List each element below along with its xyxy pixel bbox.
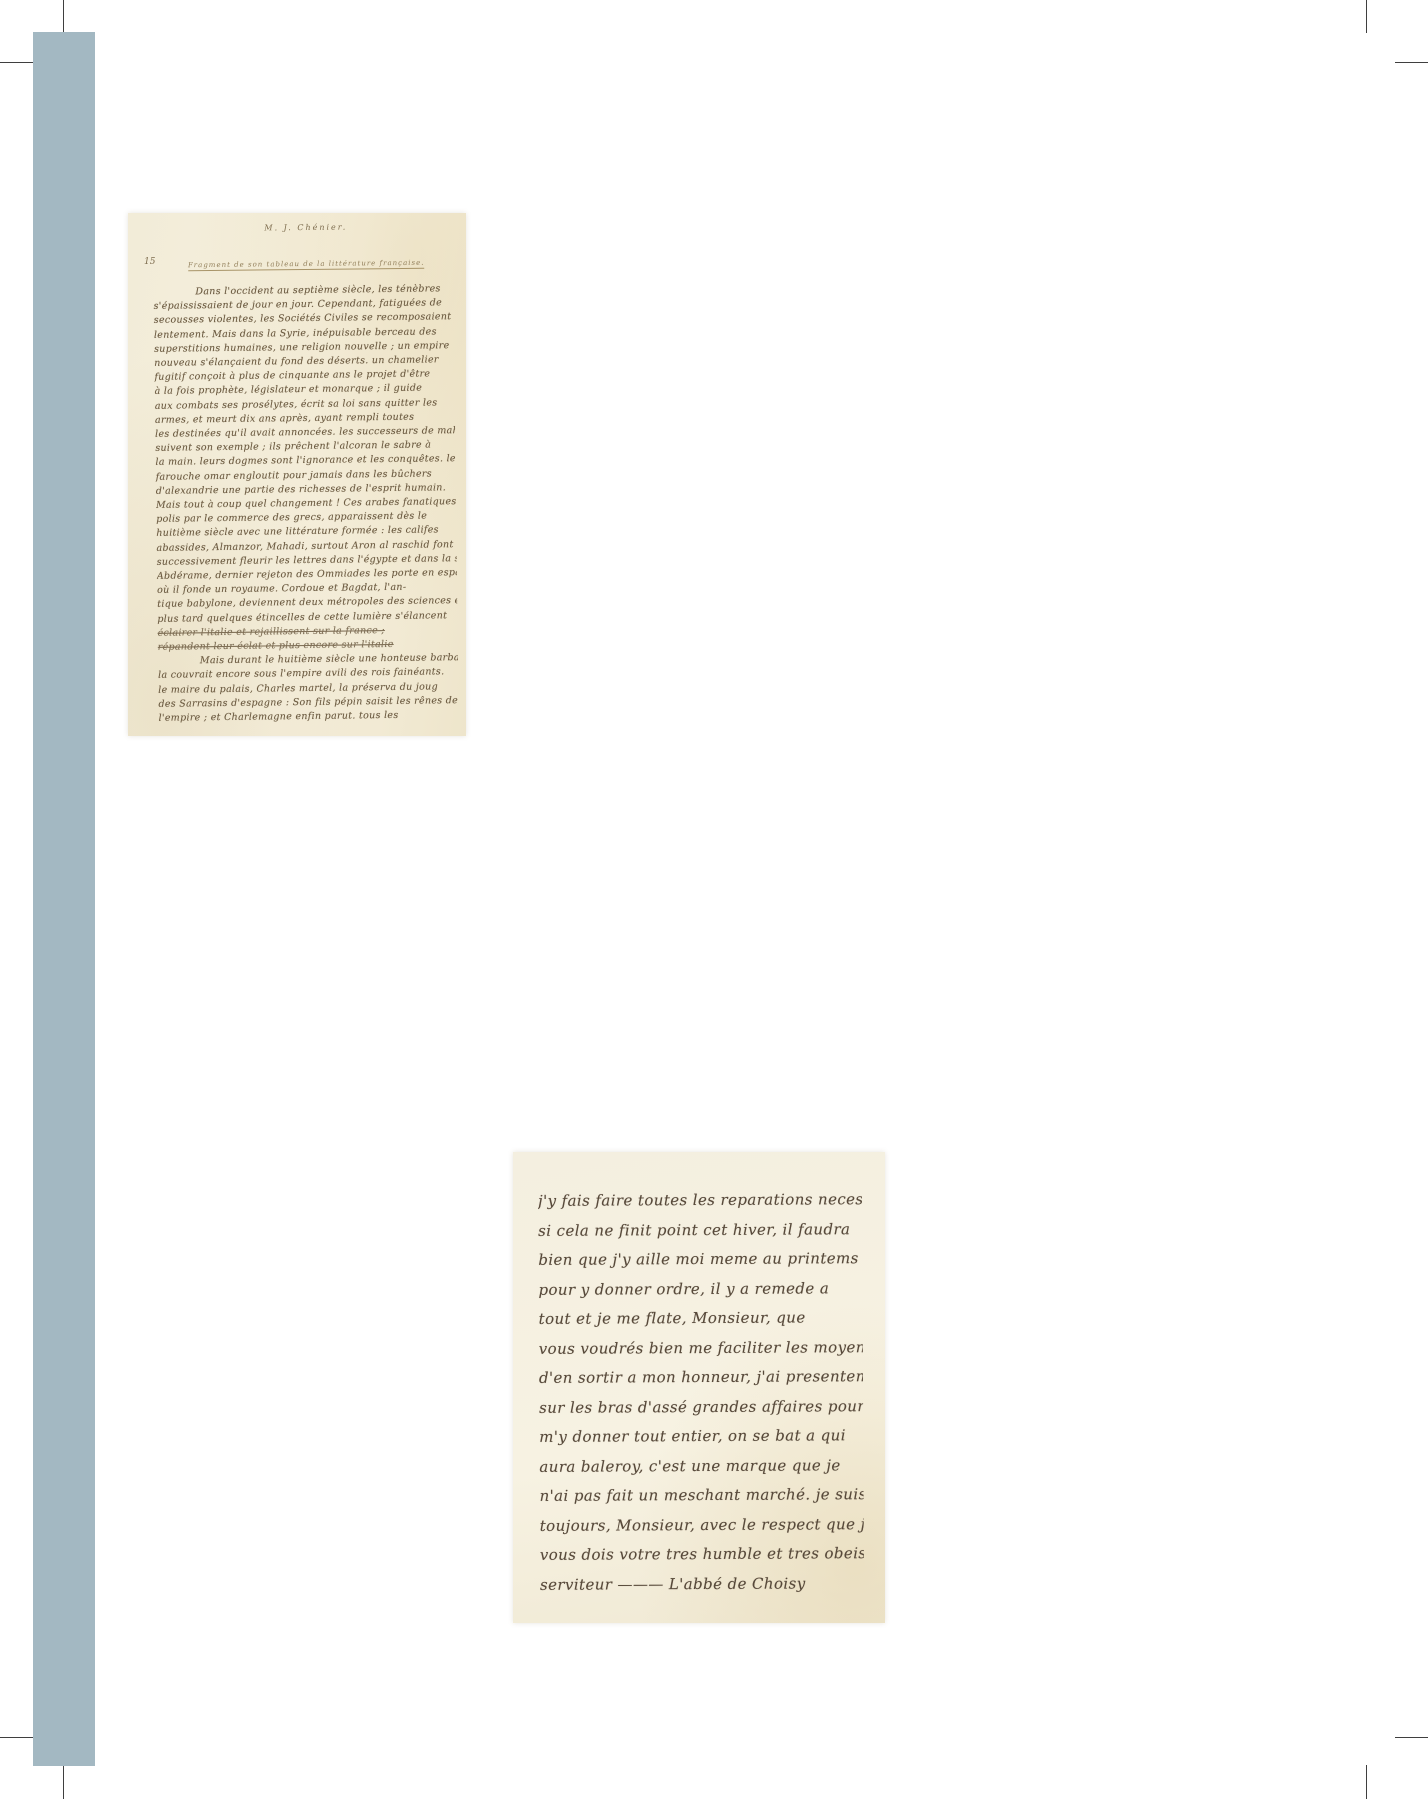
handwritten-line: n'ai pas fait un meschant marché. je sui… [539,1480,863,1511]
manuscript-figure-choisy-letter: j'y fais faire toutes les reparations ne… [513,1152,885,1623]
manuscript-header-subtitle: Fragment de son tableau de la littératur… [188,259,425,271]
handwritten-line: si cela ne finit point cet hiver, il fau… [538,1215,862,1246]
trim-mark-top-left-vertical [63,0,64,32]
trim-mark-top-right-vertical [1366,0,1367,33]
handwritten-line: d'en sortir a mon honneur, j'ai presente… [539,1362,863,1393]
trim-mark-bottom-right-vertical [1366,1765,1367,1799]
handwritten-line: j'y fais faire toutes les reparations ne… [538,1185,862,1216]
handwritten-line: vous voudrés bien me faciliter les moyen… [539,1333,863,1364]
manuscript-header-title: M. J. Chénier. [156,221,456,233]
handwritten-line: vous dois votre tres humble et tres obei… [540,1539,864,1570]
handwriting-lines: Dans l'occident au septième siècle, les … [153,282,458,726]
book-proof-page: M. J. Chénier. Fragment de son tableau d… [0,0,1428,1799]
handwritten-line: sur les bras d'assé grandes affaires pou… [539,1392,863,1423]
trim-mark-top-left-horizontal [0,62,33,63]
handwritten-line: m'y donner tout entier, on se bat a qui [539,1421,863,1452]
handwritten-line: serviteur ——— L'abbé de Choisy [540,1569,864,1600]
handwritten-line: toujours, Monsieur, avec le respect que … [540,1510,864,1541]
handwritten-line: pour y donner ordre, il y a remede a [538,1274,862,1305]
handwritten-line: bien que j'y aille moi meme au printems [538,1244,862,1275]
manuscript-header: M. J. Chénier. Fragment de son tableau d… [156,221,456,271]
handwritten-line: l'empire ; et Charlemagne enfin parut. t… [159,708,459,726]
trim-mark-bottom-left-vertical [63,1766,64,1799]
trim-mark-bottom-right-horizontal [1395,1737,1428,1738]
handwritten-line: tout et je me flate, Monsieur, que [539,1303,863,1334]
trim-mark-top-right-horizontal [1395,62,1428,63]
folio-number: 15 [144,257,155,267]
trim-mark-bottom-left-horizontal [0,1737,35,1738]
handwriting-lines: j'y fais faire toutes les reparations ne… [538,1185,864,1600]
manuscript-figure-chenier: M. J. Chénier. Fragment de son tableau d… [128,213,466,736]
handwritten-line: aura baleroy, c'est une marque que je [539,1451,863,1482]
spine-color-bar [33,32,95,1766]
